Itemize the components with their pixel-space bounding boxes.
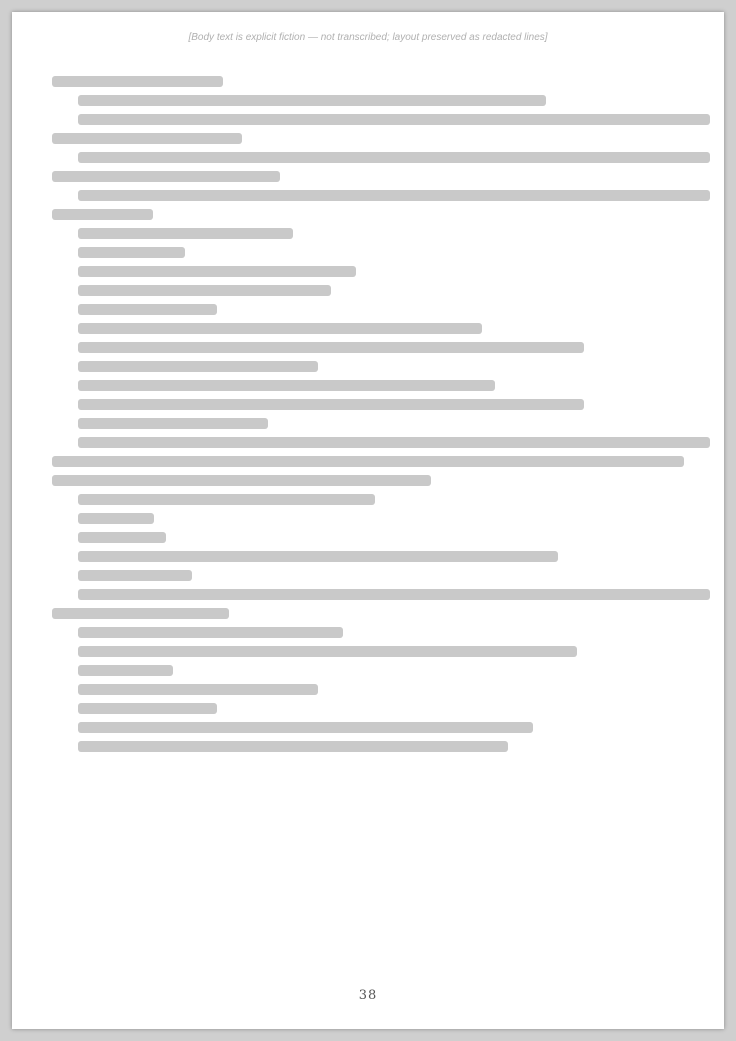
paragraph-redacted	[52, 95, 684, 106]
redacted-text-line	[78, 114, 710, 125]
page-body-text	[52, 76, 684, 752]
redacted-text-line	[78, 418, 268, 429]
paragraph-redacted	[52, 228, 684, 239]
page-number: 38	[12, 988, 724, 1003]
redacted-text-line	[78, 665, 173, 676]
redacted-text-line	[78, 589, 710, 600]
redacted-text-line	[78, 627, 343, 638]
paragraph-redacted	[52, 418, 684, 429]
redacted-text-line	[78, 684, 318, 695]
page-surround: [Body text is explicit fiction — not tra…	[0, 0, 736, 1041]
paragraph-redacted	[52, 342, 684, 353]
paragraph-redacted	[52, 76, 684, 87]
redacted-text-line	[52, 608, 229, 619]
paragraph-redacted	[52, 494, 684, 505]
paragraph-redacted	[52, 247, 684, 258]
redacted-text-line	[78, 494, 375, 505]
paragraph-redacted	[52, 684, 684, 695]
paragraph-redacted	[52, 532, 684, 543]
paragraph-redacted	[52, 646, 684, 657]
redacted-text-line	[52, 171, 280, 182]
redacted-text-line	[78, 551, 558, 562]
redacted-text-line	[78, 361, 318, 372]
paragraph-redacted	[52, 513, 684, 524]
redacted-text-line	[78, 247, 185, 258]
redacted-text-line	[52, 76, 223, 87]
paragraph-redacted	[52, 380, 684, 391]
redacted-text-line	[78, 266, 356, 277]
paragraph-redacted	[52, 304, 684, 315]
paragraph-redacted	[52, 703, 684, 714]
redacted-text-line	[78, 380, 495, 391]
paragraph-redacted	[52, 399, 684, 410]
paragraph-redacted	[52, 437, 684, 486]
redacted-text-line	[78, 513, 154, 524]
paragraph-redacted	[52, 665, 684, 676]
redacted-text-line	[52, 456, 684, 467]
redacted-text-line	[52, 133, 242, 144]
paragraph-redacted	[52, 323, 684, 334]
redacted-text-line	[52, 475, 431, 486]
redacted-text-line	[78, 437, 710, 448]
document-page: [Body text is explicit fiction — not tra…	[12, 12, 724, 1029]
paragraph-redacted	[52, 551, 684, 562]
redaction-note: [Body text is explicit fiction — not tra…	[52, 32, 684, 43]
paragraph-redacted	[52, 589, 684, 619]
redacted-text-line	[78, 532, 166, 543]
redacted-text-line	[78, 703, 217, 714]
paragraph-redacted	[52, 627, 684, 638]
redacted-text-line	[78, 228, 293, 239]
redacted-text-line	[78, 95, 546, 106]
redacted-text-line	[78, 646, 577, 657]
paragraph-redacted	[52, 722, 684, 733]
redacted-text-line	[78, 304, 217, 315]
redacted-text-line	[78, 152, 710, 163]
redacted-text-line	[78, 570, 192, 581]
redacted-text-line	[78, 190, 710, 201]
redacted-text-line	[78, 741, 508, 752]
paragraph-redacted	[52, 266, 684, 277]
paragraph-redacted	[52, 361, 684, 372]
paragraph-redacted	[52, 570, 684, 581]
redacted-text-line	[78, 285, 331, 296]
redacted-text-line	[52, 209, 153, 220]
paragraph-redacted	[52, 285, 684, 296]
paragraph-redacted	[52, 190, 684, 220]
redacted-text-line	[78, 323, 482, 334]
paragraph-redacted	[52, 741, 684, 752]
paragraph-redacted	[52, 114, 684, 144]
redacted-text-line	[78, 342, 584, 353]
redacted-text-line	[78, 399, 584, 410]
paragraph-redacted	[52, 152, 684, 182]
redacted-text-line	[78, 722, 533, 733]
